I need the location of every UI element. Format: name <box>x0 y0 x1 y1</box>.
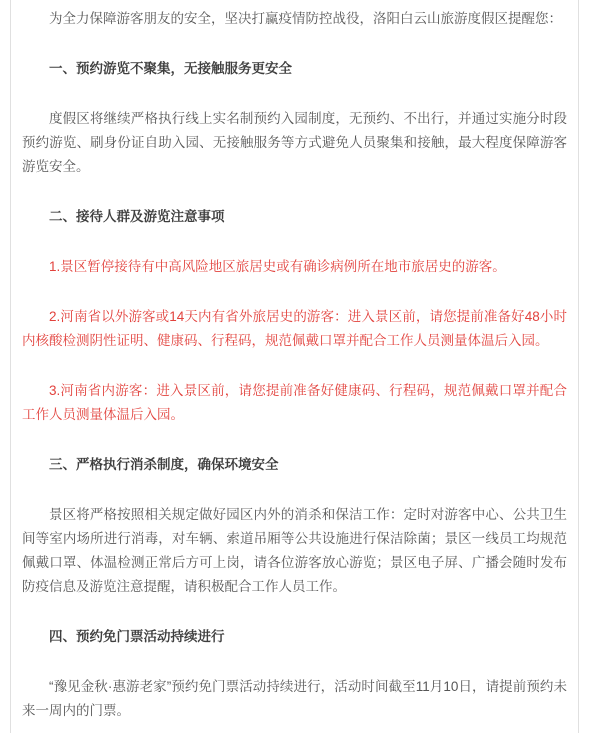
intro-paragraph: 为全力保障游客朋友的安全，坚决打赢疫情防控战役，洛阳白云山旅游度假区提醒您： <box>22 7 567 31</box>
section-heading: 四、预约免门票活动持续进行 <box>22 625 567 649</box>
alert-paragraph: 2.河南省以外游客或14天内有省外旅居史的游客：进入景区前，请您提前准备好48小… <box>22 305 567 353</box>
section-heading: 三、严格执行消杀制度，确保环境安全 <box>22 453 567 477</box>
alert-paragraph: 3.河南省内游客：进入景区前，请您提前准备好健康码、行程码，规范佩戴口罩并配合工… <box>22 379 567 427</box>
notice-article: 为全力保障游客朋友的安全，坚决打赢疫情防控战役，洛阳白云山旅游度假区提醒您： 一… <box>10 0 579 733</box>
alert-paragraph: 1.景区暂停接待有中高风险地区旅居史或有确诊病例所在地市旅居史的游客。 <box>22 255 567 279</box>
section-heading: 二、接待人群及游览注意事项 <box>22 205 567 229</box>
sections-container: 一、预约游览不聚集，无接触服务更安全度假区将继续严格执行线上实名制预约入园制度，… <box>22 57 567 723</box>
body-paragraph: “豫见金秋·惠游老家”预约免门票活动持续进行，活动时间截至11月10日，请提前预… <box>22 675 567 723</box>
body-paragraph: 度假区将继续严格执行线上实名制预约入园制度，无预约、不出行，并通过实施分时段预约… <box>22 107 567 179</box>
section-heading: 一、预约游览不聚集，无接触服务更安全 <box>22 57 567 81</box>
body-paragraph: 景区将严格按照相关规定做好园区内外的消杀和保洁工作：定时对游客中心、公共卫生间等… <box>22 503 567 599</box>
